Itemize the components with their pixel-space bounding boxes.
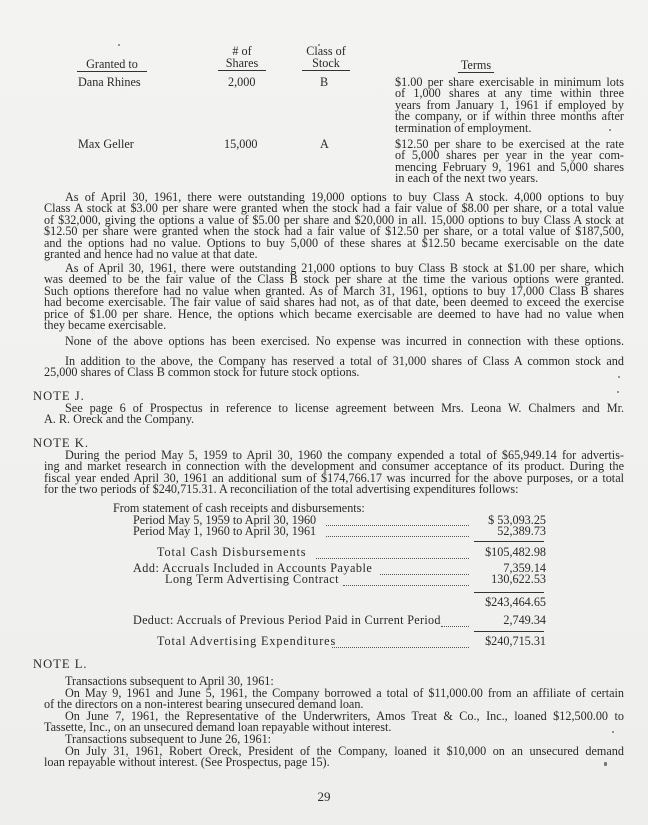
rec-total-adv-label: Total Advertising Expenditures	[157, 636, 336, 647]
leader-dots	[332, 639, 469, 648]
rec-period2-amount: 52,389.73	[497, 526, 546, 537]
scan-speck	[618, 376, 620, 378]
rec-deduct-label: Deduct: Accruals of Previous Period Paid…	[133, 615, 441, 626]
scan-speck	[604, 762, 607, 766]
leader-dots	[316, 550, 469, 559]
rec-total-cash-amount: $105,482.98	[485, 547, 546, 558]
note-l-paragraph-3: On July 31, 1961, Robert Oreck, Presiden…	[44, 746, 624, 769]
leader-dots	[326, 517, 469, 526]
leader-dots	[326, 528, 469, 537]
scan-speck	[609, 129, 611, 131]
scan-speck	[118, 44, 120, 46]
sum-rule	[474, 592, 544, 593]
rec-long-term-amount: 130,622.53	[491, 574, 546, 585]
page-number: 29	[0, 789, 648, 805]
para-line: loan repayable without interest. (See Pr…	[44, 757, 624, 768]
leader-dots	[380, 566, 469, 575]
rec-subtotal-amount: $243,464.65	[485, 597, 546, 608]
scan-speck	[612, 731, 614, 733]
document-page: Granted to # of Shares Class of Stock Te…	[0, 0, 648, 825]
rec-long-term-label: Long Term Advertising Contract	[165, 574, 339, 585]
note-l-heading: NOTE L.	[33, 658, 88, 670]
sum-rule	[474, 541, 544, 542]
note-l-paragraph-2: On June 7, 1961, the Representative of t…	[44, 711, 624, 734]
rec-deduct-amount: 2,749.34	[503, 615, 546, 626]
note-l-paragraph-1: On May 9, 1961 and June 5, 1961, the Com…	[44, 688, 624, 711]
leader-dots	[441, 618, 469, 627]
leader-dots	[343, 577, 469, 586]
sum-rule	[474, 631, 544, 632]
scan-speck	[617, 391, 619, 393]
rec-total-cash-label: Total Cash Disbursements	[157, 547, 306, 558]
rec-total-adv-amount: $240,715.31	[485, 636, 546, 647]
rec-period2-label: Period May 1, 1960 to April 30, 1961	[133, 526, 316, 537]
scan-speck	[318, 44, 320, 46]
